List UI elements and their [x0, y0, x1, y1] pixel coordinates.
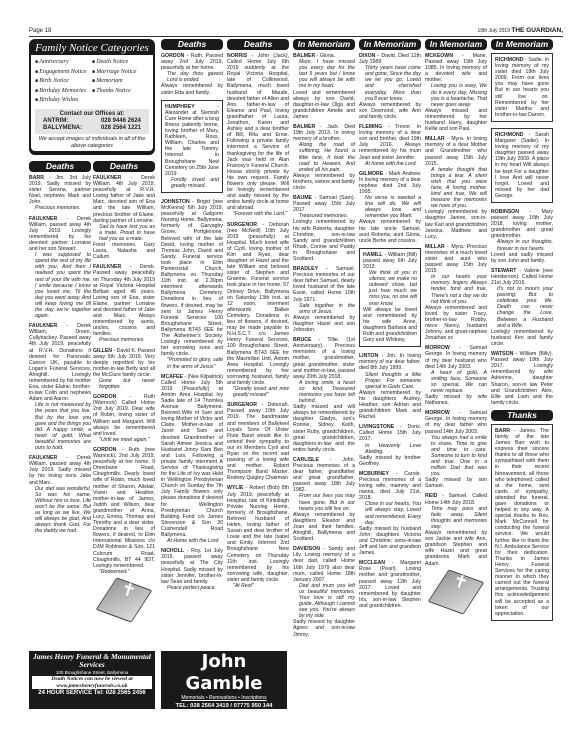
notice-body: - Derek William. 4th July 2019, peaceful… — [93, 175, 155, 224]
notice-text: BALMER - Jack. Died 19th July 2013. In l… — [293, 124, 355, 142]
notice-signoff: Always remembered by brothers, sisters a… — [293, 173, 355, 191]
notice-verse: A heart of gold, A smiling face, Someone… — [425, 370, 487, 394]
notice-text: GORDON - Ruth (Warnock) Called Home 2nd … — [93, 394, 155, 437]
advert-phone: TEL: 028 2564 3419 / 07775 950 144 — [161, 702, 287, 711]
section-header: Thanks — [491, 410, 553, 421]
notice-signoff: Sadly missed by brother Geoffrey. — [359, 455, 421, 467]
notice-entry: BAUME - Samuel (Sam). Passed away 15th J… — [293, 195, 355, 262]
notice-entry: GORDON - Ruth. Passed away 2nd July 2019… — [161, 53, 223, 96]
notice-entry: JOHNSTON - Brigid (nee McKenna) 6th July… — [161, 199, 223, 370]
advert-title: James Henry Funeral & Monumental Service… — [29, 651, 155, 669]
notice-verse: We think of you in silence, we make no o… — [363, 270, 417, 307]
notice-signoff: Always remembered by his daughters Audre… — [359, 390, 421, 420]
section-header: In Memoriam — [425, 39, 487, 50]
notice-entry: BRADLEY - Samuel. Precious memories of o… — [293, 266, 355, 333]
office-phone: 028 9446 2624 — [101, 118, 141, 125]
notice-entry: FLEMING - Trevor. In loving memory of a … — [359, 124, 421, 167]
deceased-name: RICHMOND — [495, 132, 524, 138]
section-header: Deaths — [161, 39, 223, 50]
notice-verse: A loving smile, a heart so kind, Treasur… — [293, 380, 355, 404]
deceased-name: WATSON — [491, 351, 513, 357]
deceased-name: GORDON — [93, 447, 116, 453]
category-item: Memoriam — [92, 77, 149, 87]
notice-signoff: Fond memories. Gary Laura, Natasha and C… — [93, 242, 155, 260]
section-header: Deaths — [29, 161, 91, 172]
notice-text: WATSON - William (Billy). Passed away 19… — [491, 351, 553, 406]
notice-text: DAVIDSON - Sandy and Lily. Loving memory… — [293, 546, 355, 583]
notice-signoff: Always remembered by son Jackie and wife… — [425, 530, 487, 567]
notice-entry: DAVIDSON - Sandy and Lily. Loving memory… — [293, 546, 355, 637]
notice-verse: "Forever with the Lord." — [227, 211, 289, 217]
notice-verse: It's not to mourn your passing, But to c… — [491, 286, 553, 329]
column-memoriam-2: In MemoriamDIXON - David. Died 12th July… — [359, 39, 421, 613]
family-notice-categories: Family Notice Categories Anniversary Dea… — [29, 39, 155, 155]
notice-verse: Peace perfect peace. — [161, 585, 223, 591]
notice-text: MILLAR - Myra. Precious memories of a mu… — [425, 244, 487, 274]
notice-entry: GILMORE - Mark Andrew. In loving memory … — [359, 171, 421, 244]
notice-verse: Precious memories. — [29, 205, 91, 211]
notice-text: NICHOLL - Roy. 1st July 2019, passed awa… — [161, 548, 223, 585]
notice-entry: GILLEN - David K. Passed away 5th July 2… — [93, 348, 155, 391]
notice-text: ROBINSON - Mary passed away 16th July 20… — [491, 209, 553, 239]
notice-entry: MCBURNEY - Carole. Precious memories of … — [359, 471, 421, 556]
deceased-name: FAULKNER — [29, 455, 57, 461]
notice-body: - John. Precious memories of a dear fath… — [293, 457, 355, 493]
notice-signoff: Lovingly remembered by his wife Roberta,… — [293, 219, 355, 262]
notice-text: SURGENOR - Deborah. Passed away 10th Jul… — [227, 402, 289, 481]
deceased-name: WYLIE — [227, 485, 243, 491]
notice-entry: FAULKNER - Derek. Passed away peacefully… — [93, 264, 155, 343]
notice-entry: CARLISLE - John. Precious memories of a … — [293, 457, 355, 542]
page-number: Page 18 — [29, 28, 51, 34]
notice-body: - Deborah (nee McNeill) 10th July 2019 (… — [227, 222, 289, 386]
notice-body: - William (Billy). Passed away 19th July… — [491, 351, 553, 406]
notice-body: - James. The family of the late James Ba… — [495, 428, 549, 617]
notice-entry: BRUCE - Tillie. (1st Anniversary). Preci… — [293, 337, 355, 453]
office-name: BALLYMENA: — [43, 125, 82, 132]
deceased-name: FAULKNER — [29, 323, 57, 329]
notice-signoff: Always remembered and loved by sister Tr… — [425, 305, 487, 342]
notice-text: DIXON - David. Died 12th July 1989. — [359, 53, 421, 65]
notice-entry: WYLIE - Robert (Bob) 8th July 2019, peac… — [227, 485, 289, 589]
deceased-name: GORDON — [161, 53, 184, 59]
deceased-name: LINTON — [359, 353, 378, 359]
notice-text: SURGENOR - Deborah (nee McNeill) 10th Ju… — [227, 222, 289, 387]
notice-text: LINTON - Jim. In loving memory of our de… — [359, 353, 421, 371]
column-memoriam-1: In MemoriamBALMER - Gloria.Mum, I have m… — [293, 39, 355, 642]
notice-verse: Mum, I have missed you every day for the… — [293, 59, 355, 89]
notice-signoff: Lovingly remembered by daughter Janine, … — [425, 209, 487, 239]
notice-body: - Tillie. (1st Anniversary). Precious me… — [293, 337, 355, 380]
notice-entry: MCCLEAN - Margaret Rose (Pearl). Loving … — [359, 560, 421, 609]
notice-verse: In Heavenly Love Abiding. — [359, 443, 421, 455]
notice-signoff: Loved and remembered always by son David… — [293, 90, 355, 120]
advert-website-notice[interactable]: Death Notices can now be viewed at www.j… — [32, 676, 152, 689]
notice-verse: Gone but never forgotten. — [93, 378, 155, 390]
notice-body: - Margaret Rose (Pearl). Loving mother a… — [359, 560, 421, 609]
thanks-notice: BARR - James. The family of the late Jam… — [491, 424, 553, 621]
notice-text: HUMPHREY - Alexander at Slemish Care Hom… — [165, 104, 219, 177]
notice-verse: Thirty years have come and gone, Since t… — [359, 65, 421, 102]
deceased-name: REID — [425, 493, 437, 499]
column-deaths-1: DeathsBARR - Jim. 3rd July 2019. Sadly m… — [29, 161, 91, 538]
notice-entry: DIXON - David. Died 12th July 1989.Thirt… — [359, 53, 421, 120]
notice-signoff: Always remembered by sister Etta and fam… — [161, 83, 223, 95]
notice-body: - John (Jack), Called Home July 6th 2019… — [227, 53, 289, 211]
notice-body: - Ruth (Warnock) Called Home 2nd July 20… — [93, 394, 155, 437]
notice-text: HAMILL - William (Bill) passed away 6th … — [363, 252, 417, 270]
notice-entry: REID - Samuel. Called Home 14th July 201… — [425, 493, 487, 566]
notice-text: STEWART - Valerie (nee Henderson). Calle… — [491, 268, 553, 286]
notice-entry: BALMER - Jack. Died 19th July 2013. In l… — [293, 124, 355, 191]
notice-text: RICHMOND - Sarah Margaret (Sadie). In lo… — [495, 132, 549, 199]
notice-signoff: Always remembered by his late uncle Samu… — [359, 219, 421, 243]
category-item: Birth Notice — [35, 77, 92, 87]
deceased-name: RICHMOND — [495, 57, 524, 63]
deceased-name: NICHOLL — [161, 548, 184, 554]
notice-body: - Sadie. In loving memory of my sister d… — [495, 57, 549, 118]
notice-entry: MORROW - Samuel George. In loving memory… — [425, 410, 487, 489]
notice-text: MCAFEE - (Nee Kilpatrick) Called Home Ju… — [161, 374, 223, 539]
notice-text: GILMORE - Mark Andrew. In loving memory … — [359, 171, 421, 195]
deceased-name: STEWART — [491, 268, 516, 274]
notice-entry: ROBINSON - Mary passed away 16th July 20… — [491, 209, 553, 264]
notice-verse: Fondly loved and greatly missed. — [165, 177, 219, 189]
notice-entry: WATSON - William (Billy). Passed away 19… — [491, 351, 553, 406]
column-memoriam-4: In MemoriamRICHMOND - Sadie. In loving m… — [491, 39, 553, 627]
notice-signoff: Sadly missed and will always be remember… — [293, 404, 355, 453]
notice-text: FLEMING - Trevor. In loving memory of a … — [359, 124, 421, 161]
notice-entry: MCKEOWN - Marie. Passed away 19th July 1… — [425, 53, 487, 132]
notice-entry: BARR - Jim. 3rd July 2019. Sadly missed … — [29, 175, 91, 212]
james-henry-advert: James Henry Funeral & Monumental Service… — [29, 651, 155, 709]
notice-text: MCCLEAN - Margaret Rose (Pearl). Loving … — [359, 560, 421, 609]
notice-entry: GORDON - Ruth (Warnock) Called Home 2nd … — [93, 394, 155, 443]
advert-address: 100 Broughshane Street, Ballymena — [29, 669, 155, 676]
notice-body: - Deborah. Passed away 10th July 2019. T… — [227, 402, 289, 481]
section-header: In Memoriam — [359, 39, 421, 50]
categories-title: Family Notice Categories — [31, 41, 153, 55]
column-deaths-4: DeathsNORRIS - John (Jack), Called Home … — [227, 39, 289, 593]
column-memoriam-3: In MemoriamMCKEOWN - Marie. Passed away … — [425, 39, 487, 621]
deceased-name: BRUCE — [293, 337, 311, 343]
notice-text: GORDON - Ruth (nee Warnock), 2nd July 20… — [93, 447, 155, 569]
notice-body: - Derek. Passed away peacefully on Thurs… — [93, 264, 155, 337]
deceased-name: MORROW — [425, 410, 450, 416]
deceased-name: MCKEOWN — [425, 53, 453, 59]
notice-entry: LINTON - Jim. In loving memory of our de… — [359, 353, 421, 420]
deceased-name: MILLAR — [425, 244, 445, 250]
advert-title: John Gamble — [161, 651, 287, 695]
notice-body: - Samuel. Precious memories of our dear … — [293, 266, 355, 302]
column-deaths-3: DeathsGORDON - Ruth. Passed away 2nd Jul… — [161, 39, 223, 595]
notice-verse: The day thou gavest Lord is ended. — [161, 71, 223, 83]
notice-text: MORROW - Samuel George. In loving memory… — [425, 410, 487, 434]
deceased-name: FLEMING — [359, 124, 382, 130]
deceased-name: FAULKNER — [29, 216, 57, 222]
category-item: Marriage Notice — [92, 68, 149, 78]
bible-icon: ✝ — [95, 579, 153, 625]
issue-date: 19th July 2019 — [477, 28, 510, 34]
notice-entry: BALMER - Gloria.Mum, I have missed you e… — [293, 53, 355, 120]
notice-body: - Gloria. — [315, 53, 335, 59]
deceased-name: NORRIS — [227, 53, 247, 59]
deceased-name: GILMORE — [359, 171, 383, 177]
notice-verse: Close in our hearts, You will always sta… — [359, 501, 421, 525]
category-item: Engagement Notice — [35, 68, 92, 78]
advert-phone: 24 HOUR SERVICE Tel: 028 2565 2456 — [29, 689, 155, 698]
category-item: Death Notice — [92, 58, 149, 68]
notice-entry: STEWART - Valerie (nee Henderson). Calle… — [491, 268, 553, 347]
notice-entry: HUMPHREY - Alexander at Slemish Care Hom… — [161, 100, 223, 193]
section-header: In Memoriam — [293, 39, 355, 50]
notice-body: - Derek William, Dreen, Cullybackey. Pas… — [29, 323, 91, 402]
notice-text: GILLEN - David K. Passed away 5th July 2… — [93, 348, 155, 378]
notice-verse: Loving you is easy, We do it every day, … — [425, 83, 487, 107]
notice-body: - Robert (Bob) 8th July 2019, peacefully… — [227, 485, 289, 582]
notice-verse: "Until we meet again." — [93, 437, 155, 443]
deceased-name: BRADLEY — [293, 266, 318, 272]
notice-entry: FAULKNER - Derek William, passed away 4t… — [29, 216, 91, 320]
notice-text: NORRIS - John (Jack), Called Home July 6… — [227, 53, 289, 211]
john-gamble-advert: John Gamble Memorials • Renovations • In… — [161, 651, 287, 709]
notice-entry: RICHMOND - Sarah Margaret (Sadie). In lo… — [491, 128, 553, 203]
notice-verse: Time may pass and fade away, Silent thou… — [425, 506, 487, 530]
deceased-name: LIVINGSTONE — [359, 424, 394, 430]
category-item: Birthday Memories — [35, 87, 92, 97]
notice-verse: I was supposed to spend the rest of my l… — [29, 252, 91, 319]
notice-entry: MILLAR - Myra. Precious memories of a mu… — [425, 244, 487, 342]
deceased-name: GILLEN — [93, 348, 112, 354]
cross-icon: ✝ — [120, 585, 136, 595]
deceased-name: HAMILL — [363, 252, 383, 258]
notice-text: BARR - Jim. 3rd July 2019. Sadly missed … — [29, 175, 91, 205]
notice-text: MCKEOWN - Marie. Passed away 19th July 1… — [425, 53, 487, 83]
deceased-name: CARLISLE — [293, 457, 319, 463]
category-item: Thanks Notice — [92, 87, 149, 97]
notice-signoff: Sadly missed by husband John; daughters … — [359, 526, 421, 556]
notice-verse: "Greatly loved and now greatly missed" — [227, 386, 289, 398]
notice-verse: From our lives you may have gone, But in… — [293, 493, 355, 511]
notice-verse: Our dad was wonderful, So was his name, … — [29, 486, 91, 535]
notice-signoff: Sadly missed by wife Nathanea. — [425, 394, 487, 406]
notice-text: RICHMOND - Sadie. In loving memory of my… — [495, 57, 549, 118]
office-phone: 028 2564 1221 — [101, 125, 141, 132]
notice-text: BAUME - Samuel (Sam). Passed away 15th J… — [293, 195, 355, 213]
notice-entry: FAULKNER - Derek William, Dreen, Cullyba… — [29, 323, 91, 451]
notice-entry: NORRIS - John (Jack), Called Home July 6… — [227, 53, 289, 218]
paper-name: THE GUARDIAN, — [511, 27, 563, 34]
notice-text: REID - Samuel. Called Home 14th July 201… — [425, 493, 487, 505]
accept-note: We accept images of individuals in all o… — [35, 136, 149, 150]
notice-text: FAULKNER - Derek. Passed away peacefully… — [93, 264, 155, 337]
notice-signoff: Always remembered by son Desmond, wife A… — [359, 102, 421, 120]
masthead: 19th July 2019 THE GUARDIAN, — [477, 28, 563, 34]
office-contacts: Contact our Offices at: ANTRIM:028 9446 … — [35, 109, 149, 134]
page-header: Page 18 19th July 2019 THE GUARDIAN, — [29, 28, 563, 36]
notice-verse: In our hearts your memory lingers Always… — [425, 274, 487, 304]
notice-text: FAULKNER - Derek William, Dreen, Cullyba… — [29, 323, 91, 402]
notice-verse: Sad to have lost you as a mate. Proud to… — [93, 224, 155, 242]
deceased-name: BAUME — [293, 195, 312, 201]
notice-verse: Safe together in the arms of Jesus. — [293, 303, 355, 315]
bible-icon: ✝ — [427, 571, 485, 617]
notice-verse: You always had a smile to share, Time to… — [425, 435, 487, 478]
notice-entry: RICHMOND - Sadie. In loving memory of my… — [491, 53, 553, 122]
notice-verse: Silent thoughts a little Prayer, For som… — [359, 372, 421, 390]
notice-entry: LIVINGSTONE - Doris. Called Home 15th Ju… — [359, 424, 421, 467]
notice-body: - Derek William, passed away 4th July 20… — [29, 216, 91, 252]
deceased-name: FAULKNER — [93, 264, 121, 270]
notice-text: FAULKNER - Derek William, passed away 4t… — [29, 216, 91, 253]
notice-entry: SURGENOR - Deborah (nee McNeill) 10th Ju… — [227, 222, 289, 399]
notice-verse: At home with the Lord. — [359, 161, 421, 167]
notice-text: BRADLEY - Samuel. Precious memories of o… — [293, 266, 355, 303]
notice-entry: GORDON - Ruth (nee Warnock), 2nd July 20… — [93, 447, 155, 575]
notice-text: FAULKNER - Derek William. 4th July 2019,… — [93, 175, 155, 224]
deceased-name: DIXON — [359, 53, 375, 59]
notice-signoff: Sadly missed by daughter Agnes and son-i… — [293, 619, 355, 637]
deceased-name: JOHNSTON — [161, 199, 190, 205]
deceased-name: GORDON — [93, 394, 116, 400]
notice-body: - Ruth (nee Warnock), 2nd July 2019, pea… — [93, 447, 155, 569]
deceased-name: MILLAR — [425, 136, 445, 142]
notice-entry: NICHOLL - Roy. 1st July 2019, passed awa… — [161, 548, 223, 591]
notice-signoff: Always remembered by daughter Hazel and … — [293, 315, 355, 333]
notice-verse: No verse is needed a line will do, We wi… — [359, 195, 421, 219]
notice-text: JOHNSTON - Brigid (nee McKenna) 6th July… — [161, 199, 223, 357]
deceased-name: FAULKNER — [93, 175, 121, 181]
deceased-name: MCBURNEY — [359, 471, 389, 477]
office-name: ANTRIM: — [43, 118, 68, 125]
section-header: Deaths — [93, 161, 155, 172]
category-item: Anniversary — [35, 58, 92, 68]
deceased-name: SURGENOR — [227, 222, 257, 228]
notice-text: MCBURNEY - Carole. Precious memories of … — [359, 471, 421, 501]
deceased-name: BALMER — [293, 124, 315, 130]
notice-text: BRUCE - Tillie. (1st Anniversary). Preci… — [293, 337, 355, 380]
category-item: Birthday Wishes — [35, 96, 92, 106]
header-rule — [29, 36, 563, 37]
notice-verse: Dad and mum you left us beautiful memori… — [293, 583, 355, 620]
notice-signoff: Will always be loved and remembered by h… — [363, 307, 417, 344]
section-header: In Memoriam — [491, 39, 553, 50]
notice-verse: Always in our thoughts, forever in our h… — [491, 239, 553, 251]
notice-verse: At Home with the Lord — [161, 538, 223, 544]
notice-body: - Sarah Margaret (Sadie). In loving memo… — [495, 132, 549, 199]
column-deaths-2: DeathsFAULKNER - Derek William. 4th July… — [93, 161, 155, 629]
notice-verse: "Promoted to glory, safe in the arms of … — [161, 357, 223, 369]
notice-signoff: Loved and sadly missed by son John and f… — [491, 252, 553, 264]
notice-verse: "At Rest" — [227, 583, 289, 589]
notice-verse: "Redeemed." — [93, 569, 155, 575]
notice-signoff: Sadly missed by son Samuel. — [425, 477, 487, 489]
notice-entry: MCAFEE - (Nee Kilpatrick) Called Home Ju… — [161, 374, 223, 545]
notice-signoff: Lovingly remembered by husband Ken and f… — [491, 329, 553, 347]
notice-text: MILLAR - Myra. In loving memory of a dea… — [425, 136, 487, 166]
notice-entry: MORROW - Samuel George. In loving memory… — [425, 345, 487, 406]
notice-text: GORDON - Ruth. Passed away 2nd July 2019… — [161, 53, 223, 71]
notice-entry: HAMILL - William (Bill) passed away 6th … — [359, 248, 421, 347]
notice-text: CARLISLE - John. Precious memories of a … — [293, 457, 355, 494]
notice-entry: FAULKNER - Derek William. 4th July 2019,… — [93, 175, 155, 260]
deceased-name: BARR — [495, 428, 510, 434]
notice-signoff: Always missed and remembered by her husb… — [425, 108, 487, 132]
deceased-name: HUMPHREY — [165, 104, 195, 110]
cross-icon: ✝ — [452, 576, 468, 586]
deceased-name: BALMER — [293, 53, 315, 59]
notice-entry: MILLAR - Myra. In loving memory of a dea… — [425, 136, 487, 240]
contact-title: Contact our Offices at: — [43, 111, 141, 118]
advert-address: 8 Rathmore Heights, Ballymena — [161, 711, 287, 719]
notice-verse: Life is not measured by the years that y… — [29, 402, 91, 451]
deceased-name: BARR — [29, 175, 44, 181]
notice-body: - Trevor. In loving memory of a dear son… — [359, 124, 421, 160]
notice-text: LIVINGSTONE - Doris. Called Home 15th Ju… — [359, 424, 421, 442]
deceased-name: ROBINSON — [491, 209, 519, 215]
notice-verse: A tender thought that brings a tear, A s… — [425, 167, 487, 210]
notice-body: - Sandy and Lily. Loving memory of a dea… — [293, 546, 355, 582]
deceased-name: SURGENOR — [227, 402, 257, 408]
notice-verse: Along the road of suffering, He found a … — [293, 142, 355, 172]
notice-text: BARR - James. The family of the late Jam… — [495, 428, 549, 617]
notice-body: - Alexander at Slemish Care Home after a… — [165, 104, 219, 177]
notice-text: FAULKNER - Derek William, passed away 4t… — [29, 455, 91, 485]
notice-entry: FAULKNER - Derek William, passed away 4t… — [29, 455, 91, 534]
notice-verse: Precious memories. — [93, 337, 155, 343]
deceased-name: DAVIDSON — [293, 546, 320, 552]
notice-body: - (Nee Kilpatrick) Called Home July 5th … — [161, 374, 223, 538]
notice-signoff: Always remembered by daughters Eleanor a… — [293, 512, 355, 542]
deceased-name: MCAFEE — [161, 374, 183, 380]
section-header: Deaths — [227, 39, 289, 50]
deceased-name: MORROW — [425, 345, 450, 351]
notice-text: MORROW - Samuel George. In loving memory… — [425, 345, 487, 369]
advert-services: Memorials • Renovations • Inscriptions — [161, 695, 287, 702]
notice-entry: SURGENOR - Deborah. Passed away 10th Jul… — [227, 402, 289, 481]
notice-body: - Brigid (nee McKenna) 6th July 2019, pe… — [161, 199, 223, 357]
notice-body: - Roy. 1st July 2019, passed away peacef… — [161, 548, 223, 584]
deceased-name: MCCLEAN — [359, 560, 385, 566]
category-list: Anniversary Death Notice Engagement Noti… — [35, 58, 149, 106]
notice-text: WYLIE - Robert (Bob) 8th July 2019, peac… — [227, 485, 289, 583]
